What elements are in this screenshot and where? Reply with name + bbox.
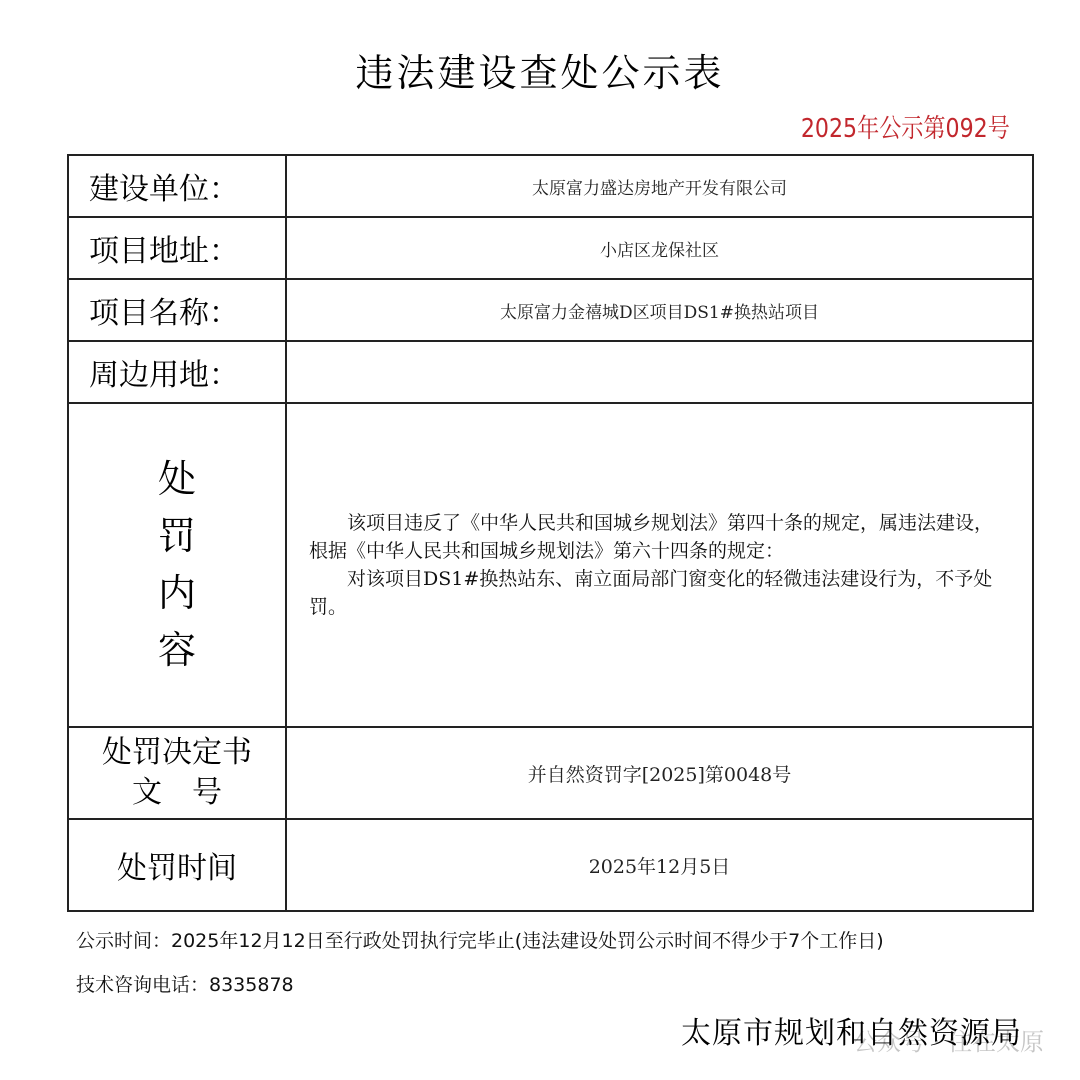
value-penalty-content: 该项目违反了《中华人民共和国城乡规划法》第四十条的规定，属违法建设，根据《中华人…: [286, 403, 1033, 727]
value-penalty-time: 2025年12月5日: [286, 819, 1033, 911]
penalty-paragraph: 对该项目DS1#换热站东、南立面局部门窗变化的轻微违法建设行为，不予处罚。: [309, 565, 1010, 621]
value-decision-doc: 并自然资罚字[2025]第0048号: [286, 727, 1033, 819]
row-construction-unit: 建设单位： 太原富力盛达房地产开发有限公司: [68, 155, 1033, 217]
consult-phone: 技术咨询电话：8335878: [76, 970, 294, 997]
row-penalty-content: 处 罚 内 容 该项目违反了《中华人民共和国城乡规划法》第四十条的规定，属违法建…: [68, 403, 1033, 727]
value-project-address: 小店区龙保社区: [286, 217, 1033, 279]
label-decision-doc-line2: 文 号: [69, 773, 285, 813]
label-char: 内: [158, 565, 196, 622]
value-project-name: 太原富力金禧城D区项目DS1#换热站项目: [286, 279, 1033, 341]
row-project-address: 项目地址： 小店区龙保社区: [68, 217, 1033, 279]
label-project-address: 项目地址：: [68, 217, 286, 279]
label-surrounding-land: 周边用地：: [68, 341, 286, 403]
label-decision-doc: 处罚决定书 文 号: [68, 727, 286, 819]
notice-number: 2025年公示第092号: [801, 108, 1010, 145]
row-decision-doc: 处罚决定书 文 号 并自然资罚字[2025]第0048号: [68, 727, 1033, 819]
issuing-agency: 太原市规划和自然资源局: [681, 1008, 1022, 1052]
label-penalty-content: 处 罚 内 容: [68, 403, 286, 727]
label-char: 处: [158, 451, 196, 508]
document-title: 违法建设查处公示表: [0, 42, 1080, 97]
label-construction-unit: 建设单位：: [68, 155, 286, 217]
row-surrounding-land: 周边用地：: [68, 341, 1033, 403]
label-project-name: 项目名称：: [68, 279, 286, 341]
label-penalty-time: 处罚时间: [68, 819, 286, 911]
row-project-name: 项目名称： 太原富力金禧城D区项目DS1#换热站项目: [68, 279, 1033, 341]
penalty-paragraph: 该项目违反了《中华人民共和国城乡规划法》第四十条的规定，属违法建设，根据《中华人…: [309, 509, 1010, 565]
label-char: 罚: [158, 508, 196, 565]
publicity-period: 公示时间：2025年12月12日至行政处罚执行完毕止(违法建设处罚公示时间不得少…: [76, 926, 884, 953]
value-surrounding-land: [286, 341, 1033, 403]
value-construction-unit: 太原富力盛达房地产开发有限公司: [286, 155, 1033, 217]
penalty-form-table: 建设单位： 太原富力盛达房地产开发有限公司 项目地址： 小店区龙保社区 项目名称…: [67, 154, 1034, 912]
row-penalty-time: 处罚时间 2025年12月5日: [68, 819, 1033, 911]
label-char: 容: [158, 622, 196, 679]
label-decision-doc-line1: 处罚决定书: [69, 733, 285, 773]
